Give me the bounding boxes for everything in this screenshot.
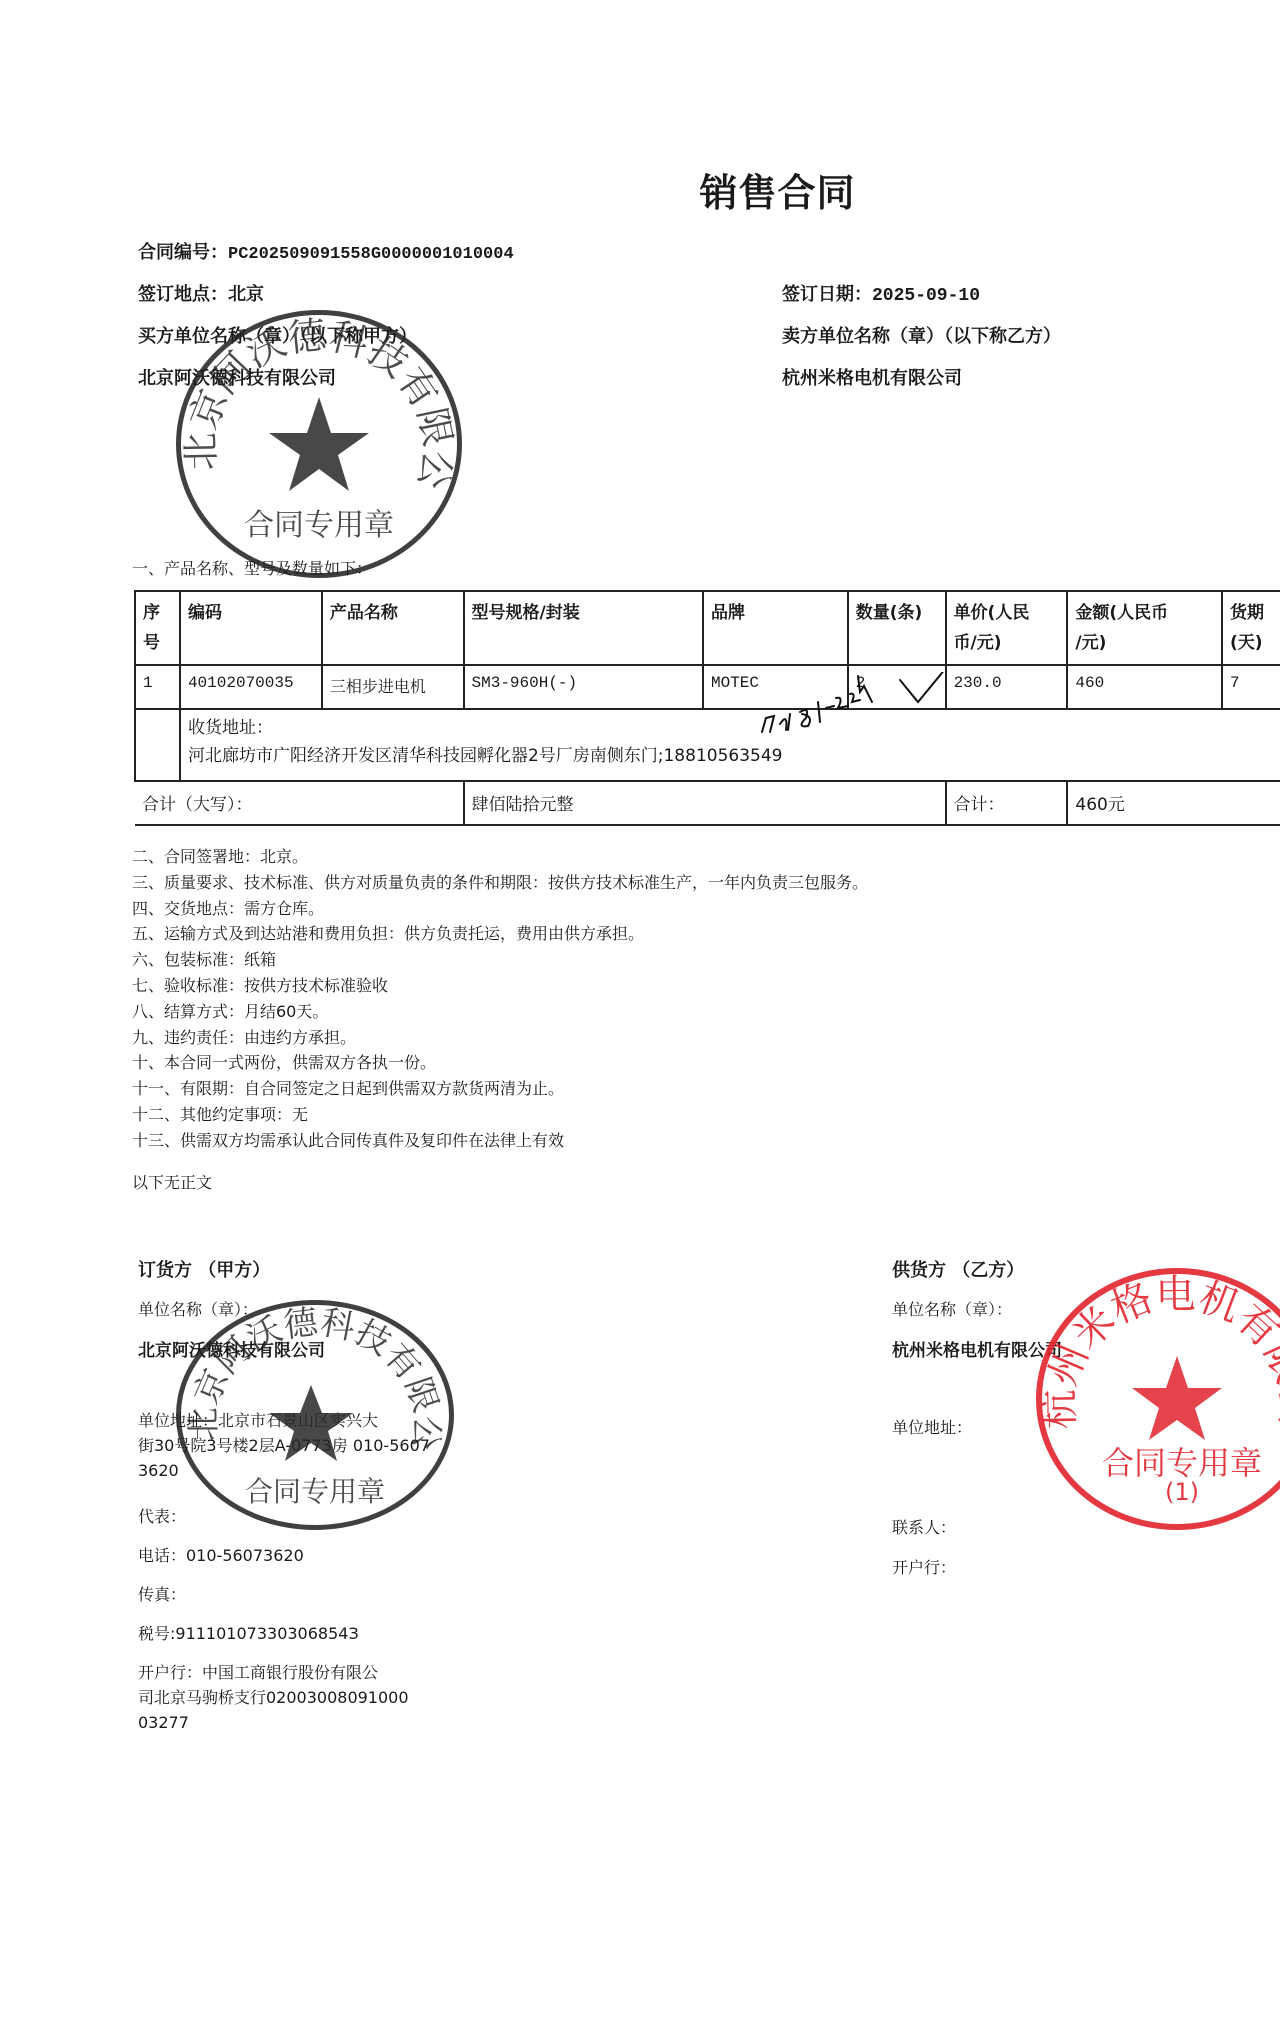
sign-date: 签订日期：2025-09-10: [782, 280, 980, 306]
party-a-bank: 开户行：中国工商银行股份有限公 司北京马驹桥支行02003008091000 0…: [138, 1660, 409, 1735]
table-header-row: 序号 编码 产品名称 型号规格/封装 品牌 数量(条) 单价(人民币/元) 金额…: [135, 591, 1280, 665]
cell-unit-price: 230.0: [946, 665, 1068, 709]
party-b-unit-label: 单位名称（章）：: [892, 1297, 1012, 1320]
cell-index: 1: [135, 665, 180, 709]
party-b-heading: 供货方 （乙方）: [892, 1256, 1024, 1282]
party-a-rep: 代表：: [138, 1504, 186, 1527]
star-icon: 北京阿沃德科技有限公司 合同专用章: [181, 315, 457, 573]
total-upper-value: 肆佰陆拾元整: [464, 781, 946, 825]
sign-date-value: 2025-09-10: [872, 286, 980, 306]
party-a-tax-no: 税号:91110107330306854З: [138, 1621, 359, 1644]
delivery-address: 河北廊坊市广阳经济开发区清华科技园孵化器2号厂房南侧东门;18810563549: [188, 742, 1280, 770]
party-b-bank-label: 开户行：: [892, 1555, 956, 1578]
header-model: 型号规格/封装: [464, 591, 703, 665]
svg-text:合同专用章: 合同专用章: [245, 1475, 385, 1508]
term-item: 七、验收标准：按供方技术标准验收: [132, 973, 868, 999]
header-index: 序号: [135, 591, 180, 665]
party-b-unit-name: 杭州米格电机有限公司: [892, 1336, 1062, 1361]
party-a-phone: 电话：010-56073620: [138, 1543, 304, 1566]
term-item: 十二、其他约定事项：无: [132, 1102, 868, 1128]
term-item: 三、质量要求、技术标准、供方对质量负责的条件和期限：按供方技术标准生产，一年内负…: [132, 870, 868, 896]
cell-model: SM3-960H(-): [464, 665, 703, 709]
sign-place-value: 北京: [228, 284, 264, 305]
total-value: 460元: [1067, 781, 1280, 825]
terms-list: 二、合同签署地：北京。 三、质量要求、技术标准、供方对质量负责的条件和期限：按供…: [132, 844, 868, 1154]
header-qty: 数量(条): [848, 591, 946, 665]
party-a-heading: 订货方 （甲方）: [138, 1256, 270, 1282]
table-row: 1 40102070035 三相步进电机 SM3-960H(-) MOTEC 2…: [135, 665, 1280, 709]
document-title: 销售合同: [0, 162, 1280, 217]
seller-name: 杭州米格电机有限公司: [782, 364, 962, 390]
term-item: 十一、有限期：自合同签定之日起到供需双方款货两清为止。: [132, 1076, 868, 1102]
delivery-address-row: 收货地址： 河北廊坊市广阳经济开发区清华科技园孵化器2号厂房南侧东门;18810…: [135, 709, 1280, 781]
party-b-contact-label: 联系人：: [892, 1515, 956, 1538]
term-item: 十三、供需双方均需承认此合同传真件及复印件在法律上有效: [132, 1128, 868, 1154]
term-item: 十、本合同一式两份，供需双方各执一份。: [132, 1050, 868, 1076]
seller-label: 卖方单位名称（章）（以下称乙方）: [782, 322, 1061, 348]
address-spacer: [135, 709, 180, 781]
buyer-company-seal: 北京阿沃德科技有限公司 合同专用章: [176, 310, 462, 578]
svg-text:合同专用章: 合同专用章: [244, 508, 394, 543]
term-item: 八、结算方式：月结60天。: [132, 999, 868, 1025]
header-amount: 金额(人民币/元): [1067, 591, 1222, 665]
star-icon: 杭州米格电机有限公司 合同专用章 (1): [1042, 1274, 1280, 1524]
total-row: 合计（大写）： 肆佰陆拾元整 合计： 460元: [135, 781, 1280, 825]
party-a-fax: 传真：: [138, 1582, 186, 1605]
contract-number-value: PC202509091558G0000001010004: [228, 245, 514, 264]
term-item: 五、运输方式及到达站港和费用负担：供方负责托运，费用由供方承担。: [132, 921, 868, 947]
header-lead-time: 货期(天): [1222, 591, 1280, 665]
sign-date-label: 签订日期：: [782, 284, 872, 305]
term-item: 九、违约责任：由违约方承担。: [132, 1025, 868, 1051]
sign-place-label: 签订地点：: [138, 284, 228, 305]
term-item: 六、包装标准：纸箱: [132, 947, 868, 973]
contract-number: 合同编号：PC202509091558G0000001010004: [138, 238, 514, 264]
header-name: 产品名称: [322, 591, 464, 665]
end-note: 以下无正文: [132, 1170, 212, 1193]
cell-lead-days: 7: [1222, 665, 1280, 709]
star-icon: 北京阿沃德科技有限公司 合同专用章: [181, 1305, 449, 1525]
svg-text:合同专用章: 合同专用章: [1102, 1444, 1262, 1482]
buyer-company-seal-signature: 北京阿沃德科技有限公司 合同专用章: [176, 1300, 454, 1530]
svg-text:(1): (1): [1165, 1478, 1199, 1506]
cell-amount: 460: [1067, 665, 1222, 709]
contract-number-label: 合同编号：: [138, 242, 228, 263]
seller-company-seal: 杭州米格电机有限公司 合同专用章 (1): [1036, 1268, 1280, 1530]
total-upper-label: 合计（大写）：: [135, 781, 464, 825]
header-brand: 品牌: [703, 591, 848, 665]
header-unit-price: 单价(人民币/元): [946, 591, 1068, 665]
term-item: 四、交货地点：需方仓库。: [132, 896, 868, 922]
cell-code: 40102070035: [180, 665, 322, 709]
term-item: 二、合同签署地：北京。: [132, 844, 868, 870]
cell-name: 三相步进电机: [322, 665, 464, 709]
header-code: 编码: [180, 591, 322, 665]
items-table: 序号 编码 产品名称 型号规格/封装 品牌 数量(条) 单价(人民币/元) 金额…: [134, 590, 1280, 826]
total-label: 合计：: [946, 781, 1068, 825]
party-b-address-label: 单位地址：: [892, 1415, 972, 1438]
handwritten-note: [730, 672, 950, 742]
sign-place: 签订地点：北京: [138, 280, 264, 306]
